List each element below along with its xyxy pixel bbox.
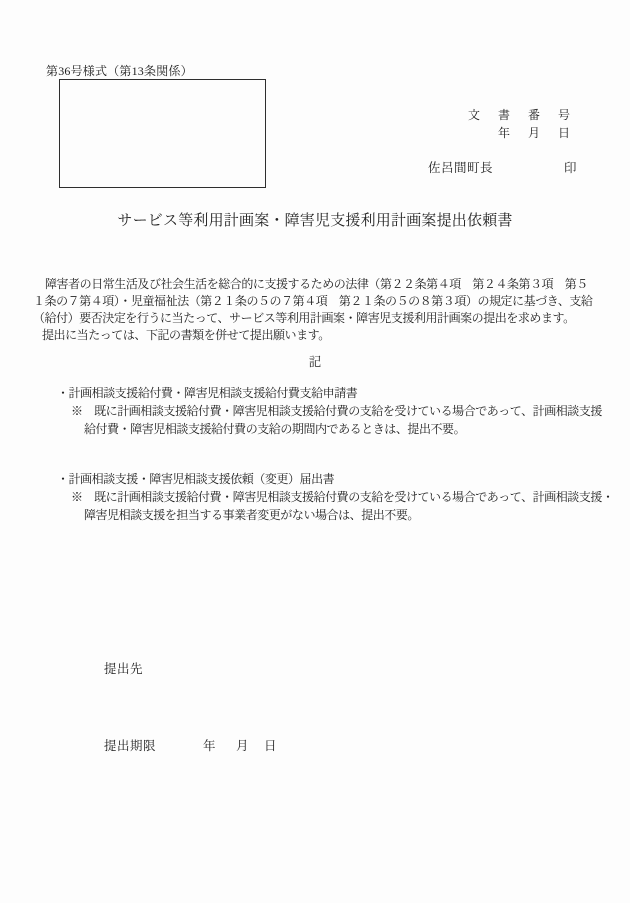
list-item-note-line: ※ 既に計画相談支援給付費・障害児相談支援給付費の支給を受けている場合であって、… [71,402,630,420]
mayor-row: 佐呂間町長 印 [0,158,630,174]
document-title: サービス等利用計画案・障害児支援利用計画案提出依頼書 [0,209,630,230]
list-item-bullet: ・計画相談支援給付費・障害児相談支援給付費支給申請書 [57,384,630,402]
ki-heading: 記 [0,352,630,370]
submit-to-label: 提出先 [104,659,143,677]
body-line: （給付）要否決定を行うに当たって、サービス等利用計画案・障害児支援利用計画案の提… [33,310,603,327]
date-line: 年 月 日 [468,124,573,142]
deadline-year-label: 年 [203,736,216,754]
seal-mark: 印 [564,158,577,176]
deadline-label: 提出期限 [104,736,156,754]
deadline-day-label: 日 [264,736,277,754]
body-paragraph: 障害者の日常生活及び社会生活を総合的に支援するための法律（第２２条第４項 第２４… [33,276,603,344]
body-line: １条の７第４項）・児童福祉法（第２１条の５の７第４項 第２１条の５の８第３項）の… [33,293,603,310]
deadline-row: 提出期限 年 月 日 [0,736,630,752]
deadline-month-label: 月 [236,736,249,754]
list-item-note-line: ※ 既に計画相談支援給付費・障害児相談支援給付費の支給を受けている場合であって、… [71,488,630,506]
document-page: 第36号様式（第13条関係） 文 書 番 号 年 月 日 佐呂間町長 印 サービ… [0,0,630,903]
list-item-bullet: ・計画相談支援・障害児相談支援依頼（変更）届出書 [57,470,630,488]
list-item-note-line: 障害児相談支援を担当する事業者変更がない場合は、提出不要。 [84,506,630,524]
list-item: ・計画相談支援・障害児相談支援依頼（変更）届出書 ※ 既に計画相談支援給付費・障… [0,470,630,524]
doc-number-line: 文 書 番 号 [468,106,573,124]
list-item: ・計画相談支援給付費・障害児相談支援給付費支給申請書 ※ 既に計画相談支援給付費… [0,384,630,438]
document-header-right: 文 書 番 号 年 月 日 [468,106,573,142]
body-line: 提出に当たっては、下記の書類を併せて提出願います。 [33,327,603,344]
list-item-note-line: 給付費・障害児相談支援給付費の支給の期間内であるときは、提出不要。 [84,420,630,438]
mayor-name: 佐呂間町長 [428,158,493,176]
form-number-label: 第36号様式（第13条関係） [46,62,193,79]
body-line: 障害者の日常生活及び社会生活を総合的に支援するための法律（第２２条第４項 第２４… [33,276,603,293]
